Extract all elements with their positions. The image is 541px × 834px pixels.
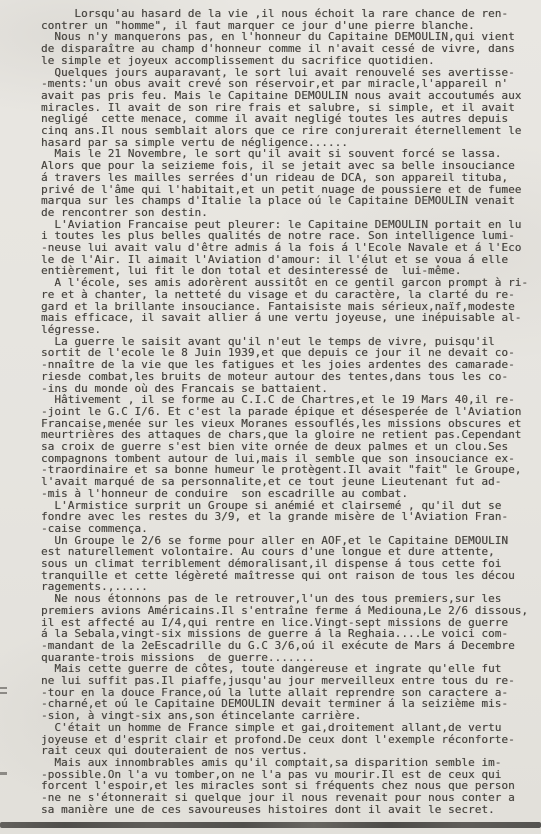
text-line: á travers les mailles serrées d'un ridea…	[41, 172, 535, 184]
typewritten-text-block: Lorsqu'au hasard de la vie ,il nous écho…	[41, 8, 535, 816]
text-line: -joint le G.C I/6. Et c'est la parade ép…	[41, 406, 535, 418]
text-line: le simple et joyeux accomplissement du s…	[41, 55, 535, 67]
text-line: premiers avions Américains.Il s'entraîne…	[41, 605, 535, 617]
text-line: cinq ans.Il nous semblait alors que ce r…	[41, 125, 535, 137]
page-bottom-scan-edge	[0, 822, 541, 828]
text-line: C'était un homme de France simple et gai…	[41, 722, 535, 734]
text-line: mais efficace, il savait allier á une ve…	[41, 312, 535, 324]
text-line: sa manière une de ces savoureuses histoi…	[41, 804, 535, 816]
text-line: légresse.	[41, 324, 535, 336]
text-line: re et à chanter, la netteté du visage et…	[41, 289, 535, 301]
text-line: -neuse lui avait valu d'être admis á la …	[41, 242, 535, 254]
text-line: de rencontrer son destin.	[41, 207, 535, 219]
text-line: Mais aux innombrables amis qu'il comptai…	[41, 757, 535, 769]
text-line: sous un climat terriblement démoralisant…	[41, 558, 535, 570]
margin-mark	[0, 692, 7, 694]
text-line: -caise commença.	[41, 523, 535, 535]
text-line: sa croix de guerre s'est bien vite ornée…	[41, 441, 535, 453]
text-line: -mis à l'honneur de conduire son escadri…	[41, 488, 535, 500]
text-line: Lorsqu'au hasard de la vie ,il nous écho…	[41, 8, 535, 20]
margin-mark	[0, 687, 7, 689]
text-line: avait pas pris feu. Mais le Capitaine DE…	[41, 90, 535, 102]
margin-mark	[0, 772, 7, 775]
document-page: Lorsqu'au hasard de la vie ,il nous écho…	[0, 0, 541, 834]
text-line: -mandant de la 2eEscadrille du G.C 3/6,o…	[41, 640, 535, 652]
text-line: riesde combat,les bruits de moteur autou…	[41, 371, 535, 383]
